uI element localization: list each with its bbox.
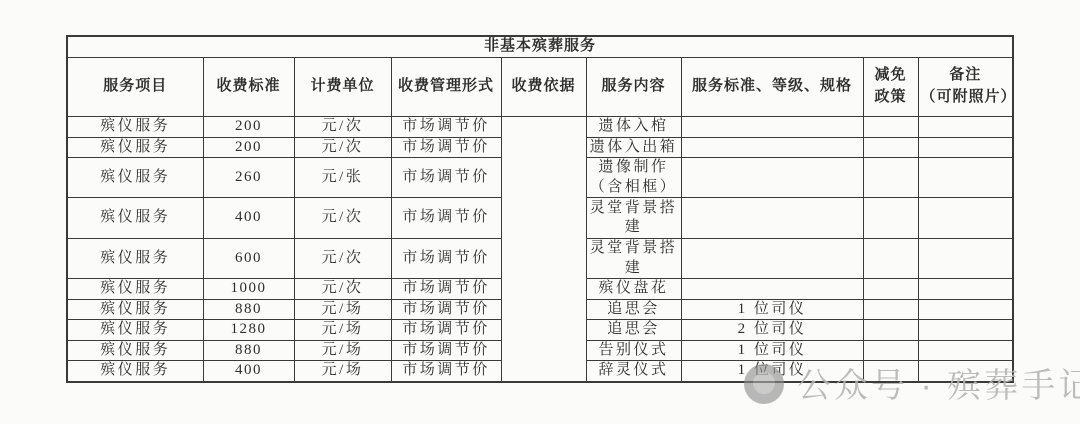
cell-content: 遗体入棺 [586, 117, 681, 138]
cell-relief [863, 158, 918, 198]
cell-standard [681, 117, 863, 138]
cell-content: 追思会 [586, 299, 681, 320]
cell-management: 市场调节价 [391, 320, 501, 341]
cell-service-item: 殡仪服务 [67, 340, 203, 361]
cell-price: 200 [203, 117, 294, 138]
cell-management: 市场调节价 [391, 158, 501, 198]
header-service-item: 服务项目 [67, 58, 203, 117]
cell-management: 市场调节价 [391, 340, 501, 361]
cell-content: 灵堂背景搭 建 [586, 198, 681, 239]
cell-content: 遗像制作 （含相框） [586, 158, 681, 198]
official-account-logo-icon [744, 364, 784, 404]
cell-standard: 2 位司仪 [681, 320, 863, 341]
cell-charge-basis-merged [501, 117, 586, 382]
cell-unit: 元/次 [294, 117, 391, 138]
table-header-row: 服务项目 收费标准 计费单位 收费管理形式 收费依据 服务内容 服务标准、等级、… [67, 58, 1013, 117]
cell-standard: 1 位司仪 [681, 299, 863, 320]
cell-relief [863, 137, 918, 158]
cell-service-item: 殡仪服务 [67, 320, 203, 341]
cell-unit: 元/场 [294, 361, 391, 382]
cell-relief [863, 117, 918, 138]
cell-price: 880 [203, 340, 294, 361]
cell-remark [918, 239, 1013, 279]
cell-service-item: 殡仪服务 [67, 198, 203, 239]
header-charge-management-form: 收费管理形式 [391, 58, 501, 117]
header-relief-policy: 减免 政策 [863, 58, 918, 117]
cell-unit: 元/场 [294, 340, 391, 361]
cell-management: 市场调节价 [391, 137, 501, 158]
cell-remark [918, 117, 1013, 138]
cell-price: 400 [203, 198, 294, 239]
cell-remark [918, 198, 1013, 239]
cell-unit: 元/张 [294, 158, 391, 198]
cell-price: 200 [203, 137, 294, 158]
cell-service-item: 殡仪服务 [67, 158, 203, 198]
cell-price: 260 [203, 158, 294, 198]
watermark-text: 公众号 · 殡葬手记 [797, 358, 1080, 407]
cell-content: 告别仪式 [586, 340, 681, 361]
cell-management: 市场调节价 [391, 299, 501, 320]
cell-remark [918, 158, 1013, 198]
cell-service-item: 殡仪服务 [67, 137, 203, 158]
cell-service-item: 殡仪服务 [67, 361, 203, 382]
cell-relief [863, 320, 918, 341]
header-remarks: 备注 （可附照片） [918, 58, 1013, 117]
cell-content: 遗体入出箱 [586, 137, 681, 158]
cell-service-item: 殡仪服务 [67, 279, 203, 300]
pricing-table: 非基本殡葬服务 服务项目 收费标准 计费单位 收费管理形式 收费依据 服务内容 … [66, 35, 1014, 383]
cell-standard [681, 279, 863, 300]
cell-content: 灵堂背景搭 建 [586, 239, 681, 279]
cell-standard [681, 239, 863, 279]
cell-service-item: 殡仪服务 [67, 299, 203, 320]
cell-management: 市场调节价 [391, 239, 501, 279]
cell-content: 追思会 [586, 320, 681, 341]
cell-price: 1000 [203, 279, 294, 300]
cell-standard [681, 137, 863, 158]
cell-management: 市场调节价 [391, 361, 501, 382]
cell-relief [863, 198, 918, 239]
cell-price: 400 [203, 361, 294, 382]
header-service-content: 服务内容 [586, 58, 681, 117]
cell-price: 600 [203, 239, 294, 279]
table-row: 殡仪服务 200 元/次 市场调节价 遗体入棺 [67, 117, 1013, 138]
header-billing-unit: 计费单位 [294, 58, 391, 117]
cell-unit: 元/次 [294, 198, 391, 239]
cell-price: 1280 [203, 320, 294, 341]
table-title: 非基本殡葬服务 [67, 36, 1013, 58]
cell-service-item: 殡仪服务 [67, 239, 203, 279]
cell-management: 市场调节价 [391, 279, 501, 300]
cell-unit: 元/场 [294, 299, 391, 320]
cell-relief [863, 299, 918, 320]
cell-relief [863, 279, 918, 300]
header-service-standard-grade-spec: 服务标准、等级、规格 [681, 58, 863, 117]
cell-unit: 元/次 [294, 137, 391, 158]
table-title-row: 非基本殡葬服务 [67, 36, 1013, 58]
cell-price: 880 [203, 299, 294, 320]
header-charge-basis: 收费依据 [501, 58, 586, 117]
cell-management: 市场调节价 [391, 117, 501, 138]
cell-remark [918, 320, 1013, 341]
cell-remark [918, 279, 1013, 300]
cell-service-item: 殡仪服务 [67, 117, 203, 138]
cell-content: 殡仪盘花 [586, 279, 681, 300]
cell-relief [863, 239, 918, 279]
cell-unit: 元/场 [294, 320, 391, 341]
header-charge-standard: 收费标准 [203, 58, 294, 117]
cell-unit: 元/次 [294, 239, 391, 279]
cell-remark [918, 299, 1013, 320]
cell-unit: 元/次 [294, 279, 391, 300]
non-basic-funeral-services-table: 非基本殡葬服务 服务项目 收费标准 计费单位 收费管理形式 收费依据 服务内容 … [66, 35, 1014, 383]
cell-management: 市场调节价 [391, 198, 501, 239]
logo-inner-shape [753, 372, 775, 394]
cell-standard [681, 158, 863, 198]
cell-standard [681, 198, 863, 239]
cell-remark [918, 137, 1013, 158]
cell-content: 辞灵仪式 [586, 361, 681, 382]
